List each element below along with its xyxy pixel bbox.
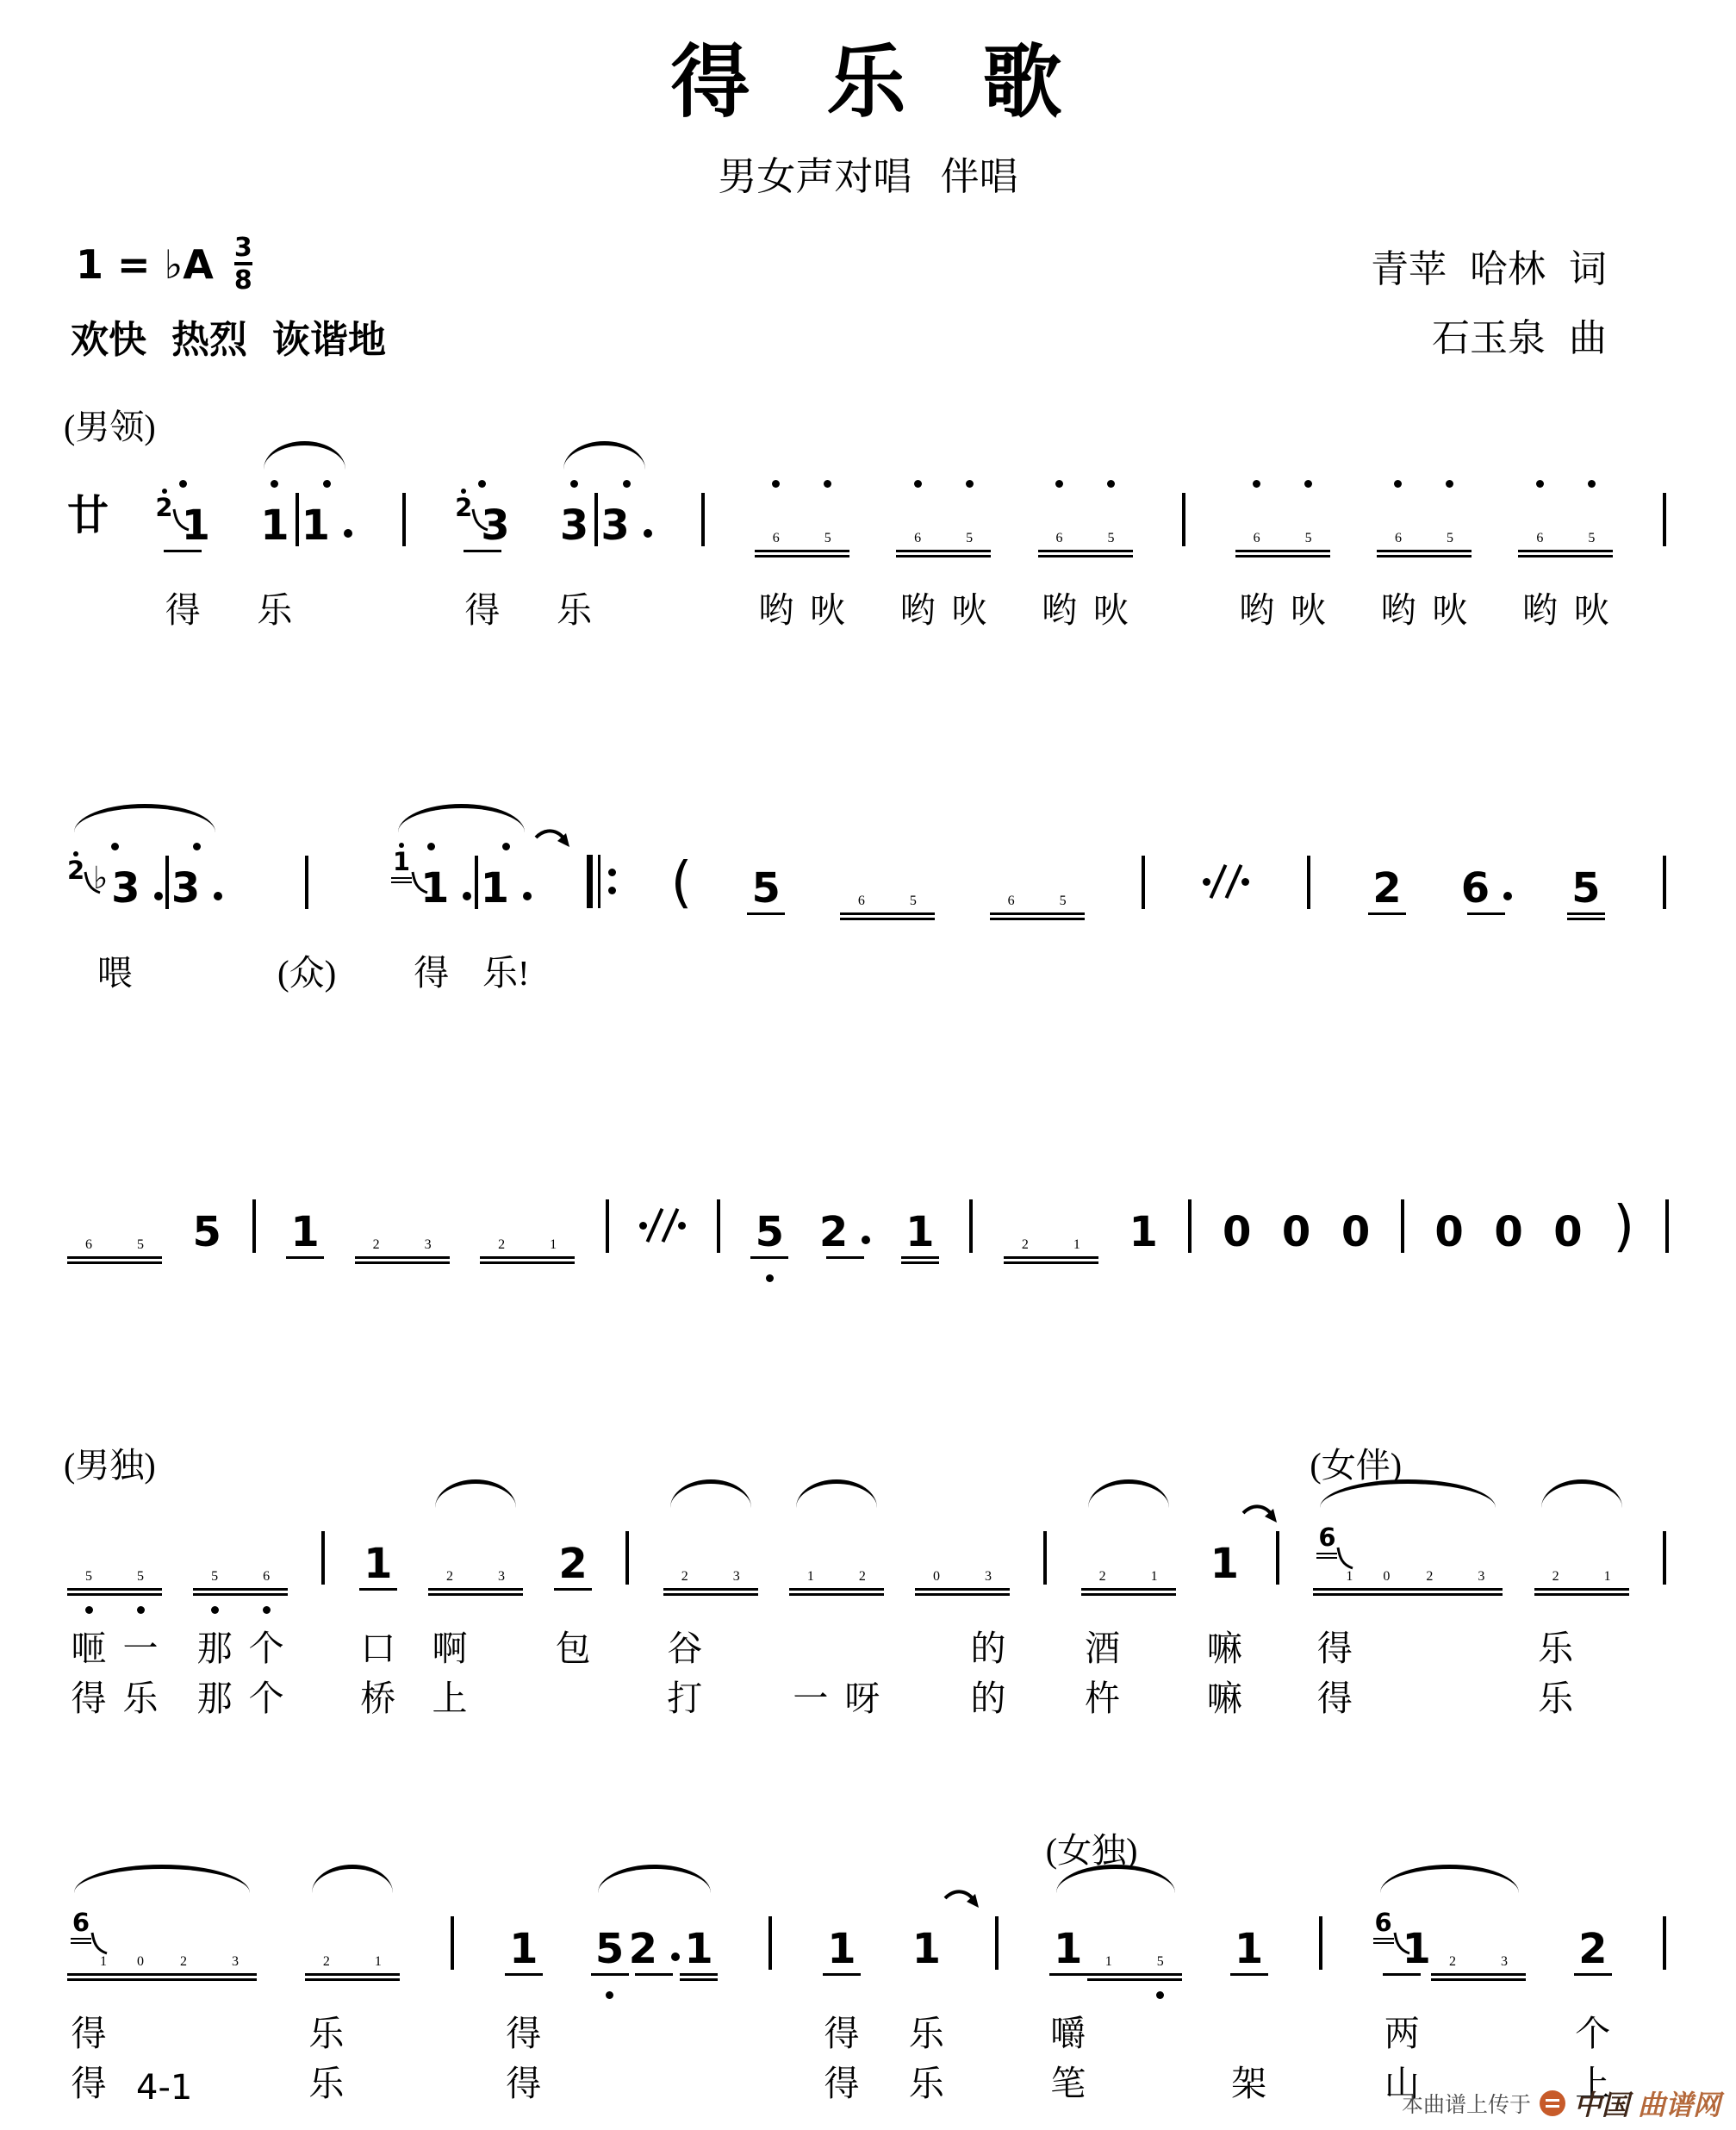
lyric-char: 一 (789, 1670, 832, 1721)
lyric-char (840, 949, 883, 990)
slur-arc (598, 1865, 711, 1893)
spacer (1203, 909, 1249, 928)
duration-underline (789, 1588, 884, 1591)
symbol-zone (296, 491, 299, 546)
simile-slash (1225, 864, 1243, 899)
augmentation-dot (154, 892, 163, 900)
underline-zone (1081, 1585, 1176, 1604)
slur-arc (398, 804, 525, 832)
duration-underline (915, 1588, 1010, 1591)
digit-zone: 6 (263, 1529, 270, 1585)
lyric-char: 个 (245, 1670, 288, 1721)
duration-underline (355, 1261, 450, 1264)
digit-zone: 0 (1434, 1198, 1463, 1253)
beam-notes: 65 (896, 470, 991, 546)
beam-notes: 23 (663, 1509, 758, 1585)
duration-underline (1230, 1973, 1268, 1976)
jianpu-note: 2 (428, 1509, 471, 1585)
underline-zone (1313, 1585, 1408, 1604)
octave-below-zone (755, 565, 849, 582)
simile-mark (1203, 833, 1249, 994)
lyric-char (1316, 2055, 1324, 2105)
jianpu-note: 3 (715, 1509, 758, 1585)
octave-dot-slot (67, 1606, 110, 1614)
jianpu-note: 6 (755, 470, 798, 546)
symbol-zone (969, 1198, 973, 1253)
grace-underline (1316, 1553, 1337, 1554)
note-digit: 1 (1235, 1928, 1263, 1970)
lyric-char: 酒 (1081, 1620, 1124, 1671)
lyric-char (841, 1624, 884, 1666)
note-digit: 5 (137, 1237, 144, 1253)
grace-underline (71, 1942, 91, 1944)
note-digit: 2 (681, 1569, 688, 1585)
jianpu-note: 2 (1408, 1509, 1451, 1585)
beam-notes: 65 (755, 470, 849, 546)
slur-group: 1乐 1 (257, 470, 352, 632)
digit-zone: 5 (211, 1529, 218, 1585)
equals-sign: = (117, 241, 151, 288)
octave-dot (966, 480, 974, 488)
digit-zone: 1 (509, 1915, 538, 1970)
jianpu-note: 1 (532, 1177, 575, 1253)
slur-group: 61两山23 (1373, 1894, 1526, 2105)
duration-underline (1313, 1593, 1408, 1596)
symbol-zone (1319, 1915, 1322, 1970)
lyric-char (1179, 582, 1188, 632)
note-digit: 3 (1501, 1954, 1508, 1970)
spacer (163, 909, 171, 928)
lyric-char: 乐 (1534, 1670, 1577, 1721)
barline (992, 1894, 1001, 2105)
lyric-char (1482, 944, 1490, 994)
note-digit: 2 (558, 1543, 587, 1585)
lyric-char: 杵 (1081, 1670, 1124, 1721)
sign-glyph: 廿 (67, 482, 109, 546)
lyric-char: 呀 (841, 1670, 884, 1721)
jianpu-note: 1 架 (1230, 1894, 1268, 2105)
lyric-row (1087, 2005, 1182, 2055)
digit-zone: 3 (733, 1529, 740, 1585)
duration-underline (826, 1256, 864, 1259)
beam-group: 15 (1087, 1894, 1182, 2105)
barline (1401, 1177, 1404, 1288)
underline-zone (1087, 1970, 1182, 1989)
music-system: (男独)55咂一得乐56那个那个 1口桥23啊 上 2包 23谷 打 12 一呀… (67, 1435, 1669, 1720)
jianpu-note: 5 (67, 1509, 110, 1585)
note-digit: 6 (773, 531, 780, 546)
lyric-char: 吙 (806, 582, 849, 632)
jianpu-note: 1 (286, 1177, 324, 1288)
lyric-row: 咂一 (67, 1620, 162, 1670)
jianpu-note: 2 (1431, 1894, 1474, 1970)
jianpu-note: 2个上 (1574, 1894, 1612, 2105)
jianpu-note: 3 (407, 1177, 450, 1253)
lyric-char (694, 2005, 703, 2055)
digit-zone: 3 (560, 491, 588, 546)
lyric-row (789, 1620, 884, 1670)
slur-arc (1088, 1479, 1169, 1508)
duration-underline (1518, 550, 1613, 552)
octave-dot (678, 1222, 686, 1230)
octave-below-zone (67, 1272, 162, 1288)
digit-zone: 5 (137, 1198, 144, 1253)
symbol-zone (1276, 1529, 1279, 1585)
key-name: ♭A (165, 241, 214, 288)
note-digit: 5 (1447, 531, 1453, 546)
lyric-char: 嘛 (1207, 1620, 1242, 1670)
symbol-zone (1182, 491, 1185, 546)
note-digit: 3 (600, 505, 629, 546)
underline-zone (1518, 546, 1613, 565)
jianpu-note: 6 (990, 833, 1033, 909)
opening-sign: (男领)廿 (67, 470, 109, 632)
jianpu-note: 1 (1087, 1894, 1130, 1970)
lyric-char (1087, 2059, 1130, 2101)
staff-row: (男独)55咂一得乐56那个那个 1口桥23啊 上 2包 23谷 打 12 一呀… (67, 1435, 1669, 1720)
beam-group: 65哟吙 (1377, 470, 1472, 632)
spacer (766, 1970, 775, 1989)
beam-notes: 65 (1235, 470, 1330, 546)
lyric-char: 架 (1231, 2055, 1266, 2105)
grace-underlines (1373, 1935, 1394, 1944)
lyric-char (192, 944, 201, 994)
lyric-char (1139, 944, 1148, 994)
octave-dot-slot (119, 1606, 162, 1614)
jianpu-note: 5 (193, 1177, 221, 1288)
grace-underline (391, 877, 412, 879)
slur-arc (435, 1479, 516, 1508)
barline (969, 1177, 973, 1288)
lyric-row: 得乐 (67, 1670, 162, 1720)
lyric-char (1087, 2009, 1130, 2051)
grace-underlines (1316, 1550, 1337, 1559)
lyric-row: 哟吙 (896, 582, 991, 632)
beam-group: (男独)55咂一得乐 (67, 1509, 162, 1720)
symbol-zone (768, 1915, 772, 1970)
jianpu-note: 5 (1090, 470, 1133, 546)
jianpu-note: 1口桥 (359, 1509, 397, 1720)
watermark-prefix: 本曲谱上传于 (1402, 2088, 1531, 2119)
jianpu-note: 6 (1461, 833, 1512, 994)
spacer (606, 1253, 609, 1272)
staff-row: 2♭3喂 3 (众)11得 1乐! ( 5 65 65 2 6 5 (67, 759, 1669, 994)
octave-below-zone (1377, 565, 1472, 582)
grace-digit: 2 (455, 495, 472, 520)
digit-zone: 23 (455, 491, 510, 546)
barline (319, 1509, 327, 1720)
note-digit: 5 (211, 1569, 218, 1585)
beam-notes: 610 (1313, 1509, 1408, 1585)
grace-underline (71, 1938, 91, 1940)
jianpu-note: 6 (67, 1177, 110, 1253)
digit-zone: 6 (1536, 491, 1543, 546)
note-digit: 5 (910, 894, 917, 909)
barline (1273, 1509, 1282, 1720)
digit-zone: 2 (819, 1198, 870, 1253)
barline-stroke (165, 856, 169, 909)
octave-above-zone (1394, 470, 1402, 491)
duration-underline (1004, 1256, 1098, 1259)
digit-zone: 2 (1426, 1529, 1433, 1585)
lyric-char (1244, 2005, 1253, 2055)
lyric-char: 乐 (557, 582, 592, 632)
lyric-char (1222, 944, 1230, 994)
digit-zone: 2 (859, 1529, 866, 1585)
note-digit: 6 (1395, 531, 1402, 546)
octave-above-zone (478, 470, 486, 491)
jianpu-note: 61 (1313, 1509, 1356, 1585)
digit-zone: 3 (171, 854, 222, 909)
digit-zone: 1 (1210, 1529, 1239, 1585)
digit-zone: 5 (595, 1915, 624, 1970)
underline-zone (162, 1970, 257, 1989)
augmentation-dot (344, 529, 352, 538)
lyric-char: 两 (1384, 2005, 1420, 2055)
barline (1665, 1177, 1669, 1288)
barline (606, 1177, 609, 1288)
octave-below-zone (1408, 1604, 1503, 1620)
note-digit: 3 (498, 1569, 505, 1585)
symbol-zone (625, 1529, 629, 1585)
note-digit: 1 (509, 1928, 538, 1970)
barline (399, 470, 408, 632)
symbol-zone: ) (1613, 1198, 1634, 1253)
octave-dot (1253, 480, 1260, 488)
barline-stroke (1663, 1531, 1666, 1585)
song-title: 得 乐 歌 (0, 19, 1736, 133)
lyric-char (1139, 2009, 1182, 2051)
lyric-char (322, 582, 331, 632)
lyric-char: 啊 (428, 1620, 471, 1671)
note-digit: 3 (985, 1569, 992, 1585)
beam-group: 56那个那个 (193, 1509, 288, 1720)
note-digit: 5 (1305, 531, 1312, 546)
beam-group: 65 (67, 1177, 162, 1288)
duration-underline (480, 1256, 575, 1259)
lyric-row (990, 944, 1085, 994)
note-digit: 5 (824, 531, 831, 546)
spacer (592, 546, 600, 565)
octave-below-zone (67, 1989, 162, 2005)
jianpu-note: 5 (747, 833, 785, 994)
duration-underline (67, 1973, 162, 1976)
note-digit: 1 (1210, 1543, 1239, 1585)
slur-arc (74, 804, 215, 832)
note-digit: 5 (85, 1569, 92, 1585)
digit-zone: 1 (1105, 1915, 1112, 1970)
duration-underline (755, 555, 849, 557)
beam-notes: 65 (67, 1177, 162, 1253)
duration-underline (1518, 555, 1613, 557)
duration-underline (990, 912, 1085, 915)
duration-underline (67, 1261, 162, 1264)
lyric-char: 那 (193, 1620, 236, 1671)
symbol-zone (165, 854, 169, 909)
lyric-char: 吙 (1570, 582, 1613, 632)
simile-slash (646, 1208, 664, 1242)
lyric-row: 啊 (428, 1620, 523, 1670)
digit-zone: 3 (985, 1529, 992, 1585)
jianpu-note: 5 (591, 1894, 629, 2105)
digit-zone: 5 (756, 1198, 784, 1253)
jianpu-note: 21得 (155, 470, 210, 632)
lyric-row: 谷 (663, 1620, 758, 1670)
note-digit: 1 (807, 1569, 814, 1585)
note-digit: 1 (1105, 1954, 1112, 1970)
octave-above-zone (966, 470, 974, 491)
grace-note: 6 (1373, 1898, 1394, 1944)
lyric-char (569, 1670, 577, 1720)
lyric-row: 那个 (193, 1620, 288, 1670)
lyric-char (1431, 2009, 1474, 2051)
octave-above-zone (1253, 470, 1260, 491)
note-digit: 2 (859, 1569, 866, 1585)
jianpu-note: 2 (663, 1509, 706, 1585)
digit-zone: 2 (446, 1529, 453, 1585)
paren-glyph: ( (670, 857, 692, 909)
octave-dot (193, 843, 201, 850)
duration-underline (896, 555, 991, 557)
note-digit: 2 (1022, 1237, 1029, 1253)
duration-underline (680, 1978, 718, 1981)
song-subtitle: 男女声对唱 伴唱 (0, 145, 1736, 201)
jianpu-note: 61两山 (1373, 1894, 1431, 2105)
digit-zone: 6 (914, 491, 921, 546)
octave-below-zone (1087, 1989, 1182, 2005)
digit-zone: 0 (1282, 1198, 1310, 1253)
underline-zone (915, 1585, 1010, 1604)
beam-notes: 21 (480, 1177, 575, 1253)
duration-underline (1534, 1588, 1629, 1591)
jianpu-note: 2 (355, 1177, 398, 1253)
duration-underline (1038, 550, 1133, 552)
symbol-zone (475, 854, 478, 909)
octave-below-zone (355, 1272, 450, 1288)
note-digit: 6 (1008, 894, 1015, 909)
tempo-marking: 欢快 热烈 诙谐地 (71, 308, 386, 364)
octave-dot (1055, 480, 1063, 488)
note-digit: 1 (1073, 1237, 1080, 1253)
note-digit: 1 (1151, 1569, 1158, 1585)
octave-above-zone (1446, 470, 1453, 491)
note-digit: 1 (827, 1928, 856, 1970)
digit-zone: 6 (1254, 491, 1260, 546)
duration-underline (635, 1973, 673, 1976)
note-digit: 0 (1494, 1211, 1522, 1253)
beam-notes: 23 (428, 1509, 523, 1585)
symbol-zone (639, 1198, 686, 1253)
digit-zone: 1 (1073, 1198, 1080, 1253)
note-digit: 1 (100, 1954, 107, 1970)
lyric-char: 喂 (97, 944, 133, 994)
jianpu-note: 1 (1586, 1509, 1629, 1585)
lyric-char: 那 (193, 1670, 236, 1721)
grace-underlines (71, 1935, 91, 1944)
digit-zone: 1 (1054, 1915, 1082, 1970)
note-digit: 1 (684, 1928, 712, 1970)
lyric-char (399, 582, 408, 632)
digit-zone: 5 (824, 491, 831, 546)
duration-underline (305, 1973, 400, 1976)
grace-note: 1 (391, 838, 412, 883)
lyric-char (1660, 1620, 1669, 1670)
digit-zone: 1 (1129, 1198, 1157, 1253)
octave-below-zone (1004, 1272, 1098, 1288)
spacer (639, 1253, 686, 1272)
lyric-char (597, 944, 606, 994)
octave-above-zone (772, 470, 780, 491)
note-digit: 2 (1578, 1928, 1607, 1970)
grace-digit: 6 (1318, 1525, 1335, 1550)
duration-underline (747, 912, 785, 915)
lyric-char (319, 1620, 327, 1670)
duration-underline (840, 912, 935, 915)
octave-above-zone (1536, 470, 1544, 491)
digit-zone: 1 (905, 1198, 934, 1253)
note-digit: 5 (1571, 868, 1600, 909)
digit-zone: 6 (858, 854, 865, 909)
duration-underline (663, 1593, 758, 1596)
lyric-char (1459, 1624, 1503, 1666)
jianpu-note: 2 (1004, 1177, 1047, 1253)
note-digit: 6 (85, 1237, 92, 1253)
note-digit: 0 (1341, 1211, 1370, 1253)
note-digit: 2 (1426, 1569, 1433, 1585)
lyric-row: 得 (67, 2005, 162, 2055)
gliss-arrow-icon (533, 826, 573, 852)
barline-stroke (321, 1531, 325, 1585)
note-digit: 1 (1129, 1211, 1157, 1253)
beam-group: 21 (480, 1177, 575, 1288)
lyric-char: 得 (1313, 1670, 1356, 1721)
barline (448, 1894, 457, 2105)
duration-underline (162, 1973, 257, 1976)
barline-stroke (1307, 856, 1310, 909)
beam-group: 65 (840, 833, 935, 994)
beam-notes: 65 (990, 833, 1085, 909)
spacer (1179, 546, 1188, 565)
octave-below-zone (305, 1989, 400, 2005)
digit-zone: 2 (1449, 1915, 1456, 1970)
note-digit: 6 (263, 1569, 270, 1585)
digit-zone: 5 (1305, 491, 1312, 546)
lyric-char: 咂 (67, 1620, 110, 1671)
jianpu-note: 5 (892, 833, 935, 909)
octave-below-zone (1431, 1989, 1526, 2005)
barline (292, 470, 301, 632)
barline (1139, 833, 1148, 994)
lyric-char (789, 1624, 832, 1666)
jianpu-note: 6 (1235, 470, 1279, 546)
grace-underline (1373, 1942, 1394, 1944)
lyric-char (471, 944, 480, 994)
grace-note: 6 (1316, 1513, 1337, 1559)
beam-group: 65哟吙 (1235, 470, 1330, 632)
octave-dot (1446, 480, 1453, 488)
lyric-char (357, 2009, 400, 2051)
jianpu-note: 1嚼笔 (1049, 1894, 1087, 2105)
barline-stroke (305, 856, 308, 909)
lyric-row: 得 (1313, 1620, 1408, 1670)
symbol-zone (1401, 1198, 1404, 1253)
note-digit: 2 (1552, 1569, 1559, 1585)
barline (1660, 470, 1669, 632)
barline (1660, 1894, 1669, 2105)
barline-stroke (625, 1531, 629, 1585)
jianpu-note: 5 (193, 1509, 236, 1585)
octave-dot-slot (193, 1606, 236, 1614)
